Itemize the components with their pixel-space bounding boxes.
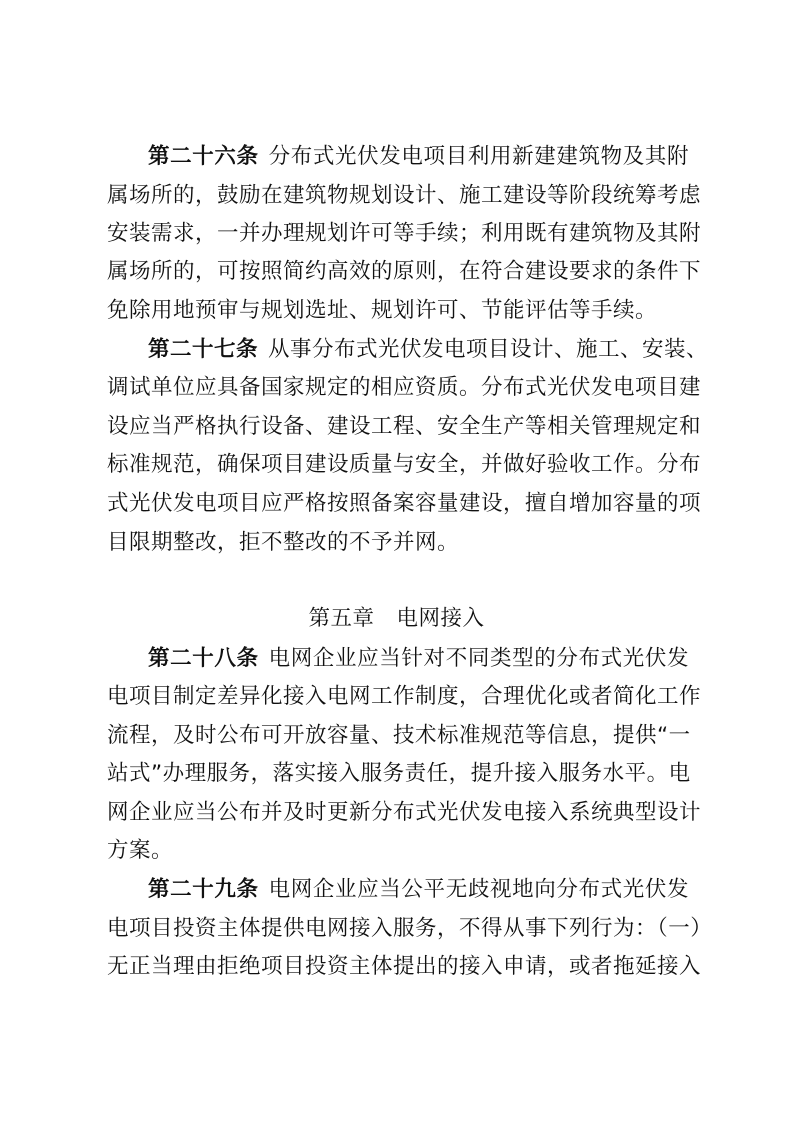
- article-26-line-3: 安装需求，一并办理规划许可等手续；利用既有建筑物及其附: [107, 221, 689, 247]
- article-28-line-4: 站式”办理服务，落实接入服务责任，提升接入服务水平。电: [107, 761, 689, 787]
- article-28-line-6: 方案。: [107, 838, 689, 864]
- article-26-title: 第二十六条: [148, 144, 259, 169]
- article-26-line-5: 免除用地预审与规划选址、规划许可、节能评估等手续。: [107, 298, 689, 324]
- article-27-line-2: 调试单位应具备国家规定的相应资质。分布式光伏发电项目建: [107, 375, 689, 401]
- article-29-title: 第二十九条: [148, 877, 259, 902]
- article-28-line-5: 网企业应当公布并及时更新分布式光伏发电接入系统典型设计: [107, 800, 689, 826]
- article-27-line-3: 设应当严格执行设备、建设工程、安全生产等相关管理规定和: [107, 414, 689, 440]
- article-29-line-1: 第二十九条电网企业应当公平无歧视地向分布式光伏发: [148, 877, 689, 903]
- article-27-line-1: 第二十七条从事分布式光伏发电项目设计、施工、安装、: [148, 337, 689, 363]
- article-27-line-4: 标准规范，确保项目建设质量与安全，并做好验收工作。分布: [107, 452, 689, 478]
- article-26-line-1: 第二十六条分布式光伏发电项目利用新建建筑物及其附: [148, 144, 689, 170]
- article-27-line-5: 式光伏发电项目应严格按照备案容量建设，擅自增加容量的项: [107, 491, 689, 517]
- article-27-line-6: 目限期整改，拒不整改的不予并网。: [107, 530, 689, 556]
- article-26-line-2: 属场所的，鼓励在建筑物规划设计、施工建设等阶段统筹考虑: [107, 183, 689, 209]
- article-28-title: 第二十八条: [148, 646, 259, 671]
- article-28-line-1: 第二十八条电网企业应当针对不同类型的分布式光伏发: [148, 646, 689, 672]
- article-27-title: 第二十七条: [148, 337, 258, 362]
- article-29-line-2: 电项目投资主体提供电网接入服务，不得从事下列行为：（一）: [107, 916, 689, 942]
- chapter-heading: 第五章 电网接入: [0, 606, 793, 632]
- article-29-line-3: 无正当理由拒绝项目投资主体提出的接入申请，或者拖延接入: [107, 954, 689, 980]
- article-28-line-2: 电项目制定差异化接入电网工作制度，合理优化或者简化工作: [107, 684, 689, 710]
- article-26-line-4: 属场所的，可按照简约高效的原则，在符合建设要求的条件下: [107, 259, 689, 285]
- article-28-line-3: 流程，及时公布可开放容量、技术标准规范等信息，提供“一: [107, 723, 689, 749]
